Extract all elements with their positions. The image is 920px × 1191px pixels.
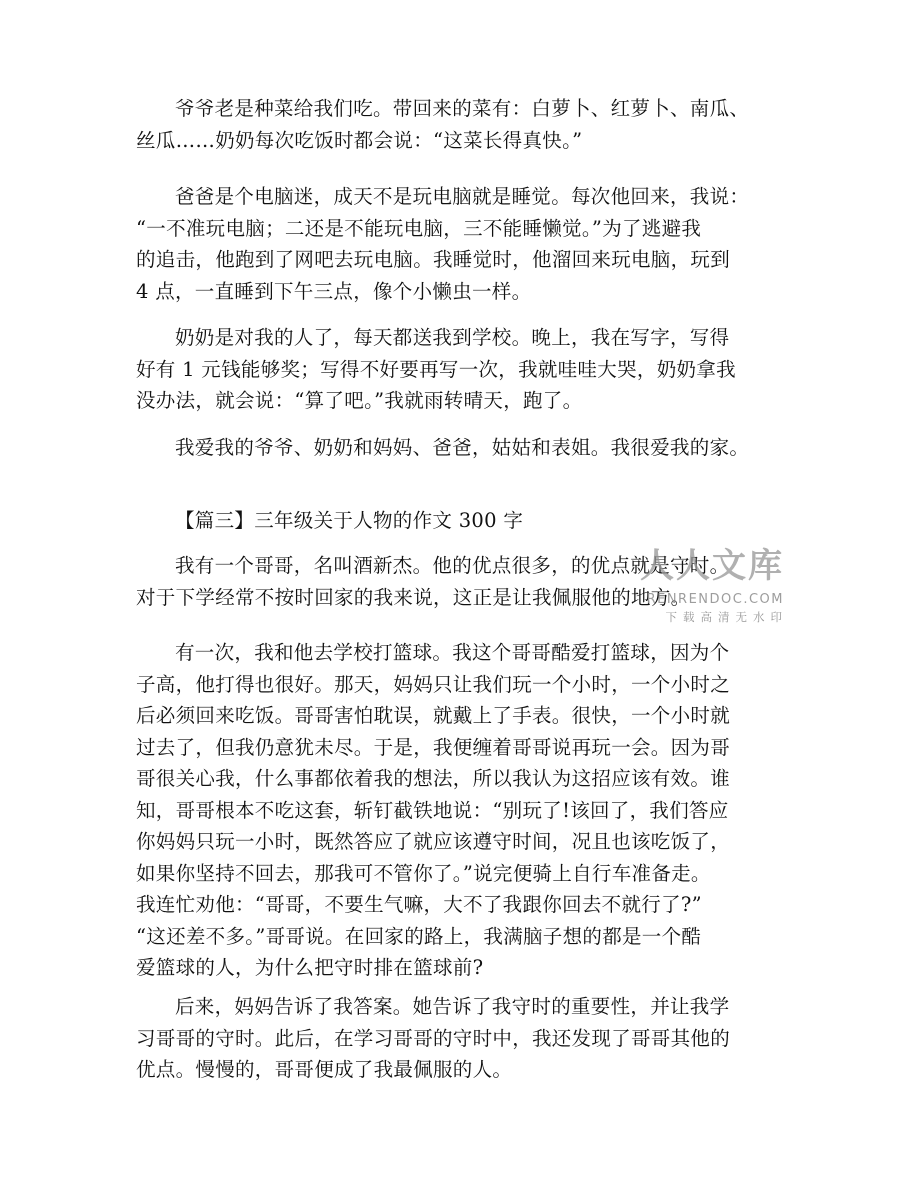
text-line: 哥很关心我，什么事都依着我的想法，所以我认为这招应该有效。谁 xyxy=(136,763,786,795)
text-line: 知，哥哥根本不吃这套，斩钉截铁地说：“别玩了!该回了，我们答应 xyxy=(136,795,786,827)
text-line: 有一次，我和他去学校打篮球。我这个哥哥酷爱打篮球，因为个 xyxy=(136,637,786,669)
text-line: 爸爸是个电脑迷，成天不是玩电脑就是睡觉。每次他回来，我说： xyxy=(136,181,786,213)
text-line: 子高，他打得也很好。那天，妈妈只让我们玩一个小时，一个小时之 xyxy=(136,669,786,701)
paragraph-family-love: 我爱我的爷爷、奶奶和妈妈、爸爸，姑姑和表姐。我很爱我的家。 xyxy=(136,432,786,464)
paragraph-brother-intro: 我有一个哥哥，名叫酒新杰。他的优点很多，的优点就是守时。 对于下学经常不按时回家… xyxy=(136,550,786,613)
text-line: 后来，妈妈告诉了我答案。她告诉了我守时的重要性，并让我学 xyxy=(136,991,786,1023)
text-line: “这还差不多。”哥哥说。在回家的路上，我满脑子想的都是一个酷 xyxy=(136,921,786,953)
text-line: 丝瓜……奶奶每次吃饭时都会说：“这菜长得真快。” xyxy=(136,125,786,157)
text-line: 的追击，他跑到了网吧去玩电脑。我睡觉时，他溜回来玩电脑，玩到 xyxy=(136,244,786,276)
text-line: 没办法，就会说：“算了吧。”我就雨转晴天，跑了。 xyxy=(136,385,786,417)
text-line: 如果你坚持不回去，那我可不管你了。”说完便骑上自行车准备走。 xyxy=(136,858,786,890)
text-line: 好有 1 元钱能够奖；写得不好要再写一次，我就哇哇大哭，奶奶拿我 xyxy=(136,354,786,386)
text-line: 优点。慢慢的，哥哥便成了我最佩服的人。 xyxy=(136,1054,786,1086)
text-line: 我有一个哥哥，名叫酒新杰。他的优点很多，的优点就是守时。 xyxy=(136,550,786,582)
paragraph-basketball-story: 有一次，我和他去学校打篮球。我这个哥哥酷爱打篮球，因为个 子高，他打得也很好。那… xyxy=(136,637,786,984)
paragraph-dad: 爸爸是个电脑迷，成天不是玩电脑就是睡觉。每次他回来，我说： “一不准玩电脑；二还… xyxy=(136,181,786,307)
text-line: 爱篮球的人，为什么把守时排在篮球前? xyxy=(136,952,786,984)
text-line: 我连忙劝他：“哥哥，不要生气嘛，大不了我跟你回去不就行了?” xyxy=(136,889,786,921)
text-line: 你妈妈只玩一小时，既然答应了就应该遵守时间，况且也该吃饭了， xyxy=(136,826,786,858)
section-heading: 【篇三】三年级关于人物的作文 300 字 xyxy=(175,505,523,537)
paragraph-grandpa: 爷爷老是种菜给我们吃。带回来的菜有：白萝卜、红萝卜、南瓜、 丝瓜……奶奶每次吃饭… xyxy=(136,93,786,156)
text-line: 我爱我的爷爷、奶奶和妈妈、爸爸，姑姑和表姐。我很爱我的家。 xyxy=(136,432,786,464)
text-line: 对于下学经常不按时回家的我来说，这正是让我佩服他的地方。 xyxy=(136,582,786,614)
paragraph-grandma: 奶奶是对我的人了，每天都送我到学校。晚上，我在写字，写得 好有 1 元钱能够奖；… xyxy=(136,322,786,417)
text-line: 奶奶是对我的人了，每天都送我到学校。晚上，我在写字，写得 xyxy=(136,322,786,354)
text-line: 过去了，但我仍意犹未尽。于是，我便缠着哥哥说再玩一会。因为哥 xyxy=(136,732,786,764)
paragraph-conclusion: 后来，妈妈告诉了我答案。她告诉了我守时的重要性，并让我学 习哥哥的守时。此后，在… xyxy=(136,991,786,1086)
text-line: 后必须回来吃饭。哥哥害怕耽误，就戴上了手表。很快，一个小时就 xyxy=(136,700,786,732)
text-line: “一不准玩电脑；二还是不能玩电脑，三不能睡懒觉。”为了逃避我 xyxy=(136,213,786,245)
text-line: 习哥哥的守时。此后，在学习哥哥的守时中，我还发现了哥哥其他的 xyxy=(136,1023,786,1055)
text-line: 4 点，一直睡到下午三点，像个小懒虫一样。 xyxy=(136,276,786,308)
text-line: 爷爷老是种菜给我们吃。带回来的菜有：白萝卜、红萝卜、南瓜、 xyxy=(136,93,786,125)
